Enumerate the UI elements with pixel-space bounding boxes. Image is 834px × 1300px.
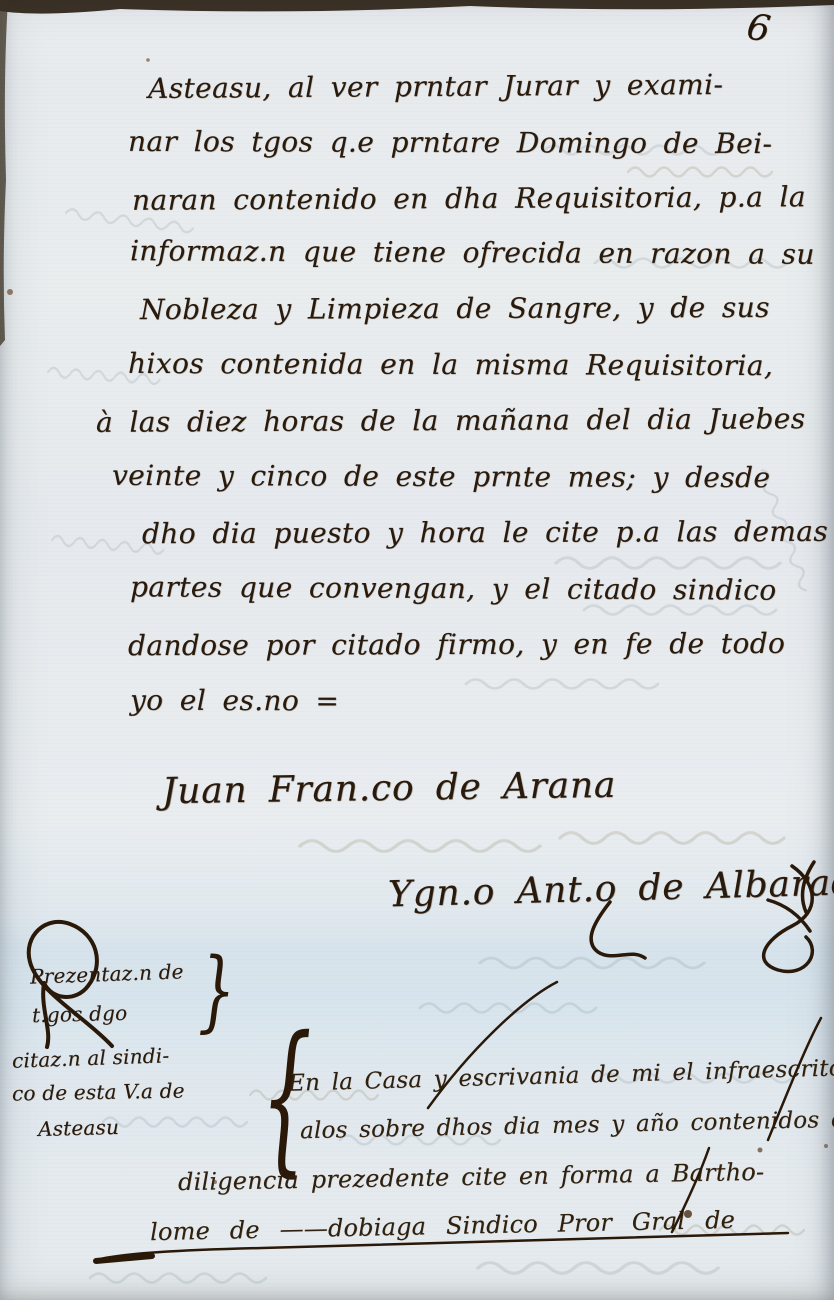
- signature-juan-francisco-de-arana: Juan Fran.co de Arana: [162, 765, 617, 812]
- page-top-edge: [0, 0, 834, 14]
- closing-brace: {: [261, 1015, 312, 1179]
- manuscript-line: partes que convengan, y el citado sindic…: [130, 570, 777, 606]
- manuscript-line: Nobleza y Limpieza de Sangre, y de sus: [140, 291, 770, 326]
- manuscript-page: 6 Asteasu, al ver prntar Jurar y exami- …: [0, 0, 834, 1300]
- ink-speck: [824, 1144, 828, 1148]
- manuscript-line: veinte y cinco de este prnte mes; y desd…: [112, 459, 770, 494]
- closing-line: alos sobre dhos dia mes y año contenidos…: [300, 1106, 834, 1144]
- margin-note-line: Asteasu: [38, 1115, 120, 1141]
- manuscript-line: à las diez horas de la mañana del dia Ju…: [96, 402, 806, 439]
- page-left-edge: [0, 0, 8, 346]
- manuscript-line: yo el es.no =: [130, 684, 339, 718]
- manuscript-line: dandose por citado firmo, y en fe de tod…: [128, 627, 785, 662]
- margin-note-line: Prezentaz.n de: [30, 959, 184, 988]
- manuscript-line: informaz.n que tiene ofrecida en razon a…: [130, 234, 815, 271]
- margin-note-line: co de esta V.a de: [12, 1078, 185, 1105]
- margin-note-line: citaz.n al sindi-: [12, 1043, 170, 1072]
- manuscript-line: Asteasu, al ver prntar Jurar y exami-: [148, 68, 723, 105]
- ink-speck: [758, 1148, 763, 1153]
- manuscript-line: nar los tgos q.e prntare Domingo de Bei-: [128, 125, 772, 160]
- closing-underline-thick-end: [96, 1256, 152, 1261]
- manuscript-line: dho dia puesto y hora le cite p.a las de…: [142, 515, 828, 550]
- closing-line: En la Casa y escrivania de mi el infraes…: [288, 1053, 834, 1097]
- signature-ygnacio-antonio-de-albarado: Ygn.o Ant.o de Albarado: [388, 862, 834, 916]
- margin-note-brace: }: [198, 946, 235, 1034]
- ink-speck: [7, 289, 13, 295]
- ink-speck: [146, 58, 150, 62]
- folio-number: 6: [744, 6, 773, 50]
- margin-note-line: t.gos dgo: [32, 1001, 128, 1027]
- manuscript-line: naran contenido en dha Requisitoria, p.a…: [132, 180, 806, 217]
- closing-line: lome de ——dobiaga Sindico Pror Gral de: [150, 1206, 736, 1246]
- signature-underflourish: [591, 902, 645, 958]
- manuscript-line: hixos contenida en la misma Requisitoria…: [128, 347, 773, 382]
